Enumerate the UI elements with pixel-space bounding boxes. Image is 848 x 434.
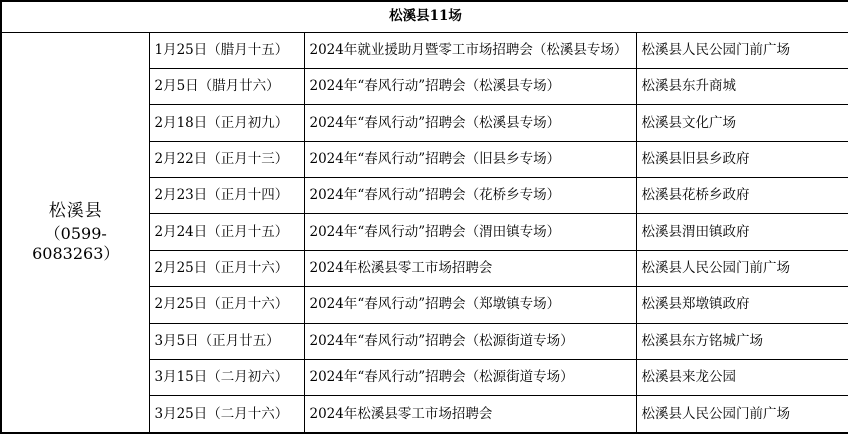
location-cell: 松溪县花桥乡政府 — [636, 178, 848, 214]
event-cell: 2024年“春风行动”招聘会（郑墩镇专场） — [304, 287, 636, 323]
location-cell: 松溪县文化广场 — [636, 105, 848, 141]
date-cell: 2月18日（正月初九） — [149, 105, 304, 141]
location-cell: 松溪县东方铭城广场 — [636, 323, 848, 359]
location-cell: 松溪县人民公园门前广场 — [636, 32, 848, 68]
table-title: 松溪县11场 — [1, 1, 848, 32]
location-cell: 松溪县渭田镇政府 — [636, 214, 848, 250]
title-row: 松溪县11场 — [1, 1, 848, 32]
event-cell: 2024年就业援助月暨零工市场招聘会（松溪县专场） — [304, 32, 636, 68]
event-cell: 2024年“春风行动”招聘会（松源街道专场） — [304, 359, 636, 395]
date-cell: 2月23日（正月十四） — [149, 178, 304, 214]
location-cell: 松溪县人民公园门前广场 — [636, 250, 848, 286]
date-cell: 2月24日（正月十五） — [149, 214, 304, 250]
date-cell: 3月15日（二月初六） — [149, 359, 304, 395]
event-cell: 2024年松溪县零工市场招聘会 — [304, 396, 636, 433]
date-cell: 3月25日（二月十六） — [149, 396, 304, 433]
location-cell: 松溪县来龙公园 — [636, 359, 848, 395]
date-cell: 3月5日（正月廿五） — [149, 323, 304, 359]
table-row: 松溪县 （0599-6083263） 1月25日（腊月十五） 2024年就业援助… — [1, 32, 848, 68]
location-cell: 松溪县东升商城 — [636, 68, 848, 104]
county-phone: （0599-6083263） — [7, 224, 145, 264]
event-cell: 2024年松溪县零工市场招聘会 — [304, 250, 636, 286]
date-cell: 2月5日（腊月廿六） — [149, 68, 304, 104]
location-cell: 松溪县郑墩镇政府 — [636, 287, 848, 323]
date-cell: 1月25日（腊月十五） — [149, 32, 304, 68]
event-cell: 2024年“春风行动”招聘会（松溪县专场） — [304, 68, 636, 104]
event-cell: 2024年“春风行动”招聘会（松溪县专场） — [304, 105, 636, 141]
event-cell: 2024年“春风行动”招聘会（花桥乡专场） — [304, 178, 636, 214]
event-cell: 2024年“春风行动”招聘会（松源街道专场） — [304, 323, 636, 359]
schedule-sheet: 松溪县11场 松溪县 （0599-6083263） 1月25日（腊月十五） 20… — [0, 0, 848, 434]
date-cell: 2月25日（正月十六） — [149, 287, 304, 323]
location-cell: 松溪县旧县乡政府 — [636, 141, 848, 177]
location-cell: 松溪县人民公园门前广场 — [636, 396, 848, 433]
county-name: 松溪县 — [7, 201, 145, 222]
event-cell: 2024年“春风行动”招聘会（渭田镇专场） — [304, 214, 636, 250]
job-fair-table: 松溪县11场 松溪县 （0599-6083263） 1月25日（腊月十五） 20… — [0, 0, 848, 434]
date-cell: 2月25日（正月十六） — [149, 250, 304, 286]
date-cell: 2月22日（正月十三） — [149, 141, 304, 177]
event-cell: 2024年“春风行动”招聘会（旧县乡专场） — [304, 141, 636, 177]
county-cell: 松溪县 （0599-6083263） — [1, 32, 149, 433]
